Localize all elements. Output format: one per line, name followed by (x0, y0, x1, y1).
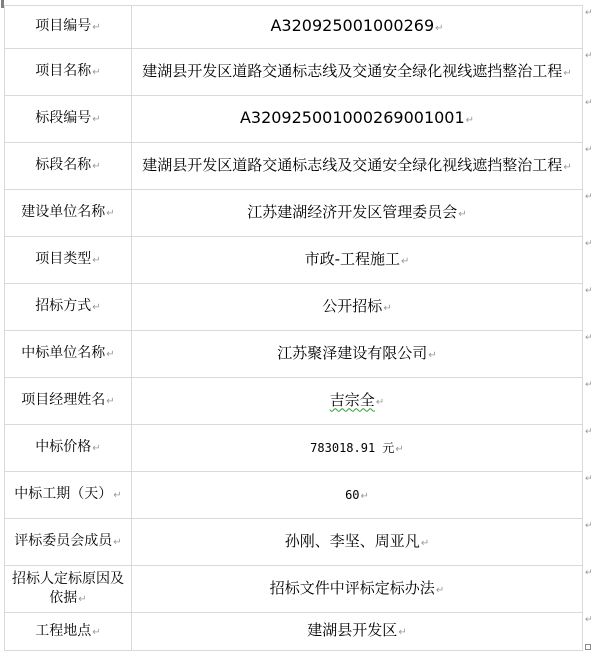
field-label: 招标人定标原因及依据 (12, 571, 124, 606)
field-label: 项目名称 (35, 63, 91, 79)
return-mark-icon: ↵ (92, 63, 100, 82)
table-row: 评标委员会成员↵孙刚、李坚、周亚凡↵ (5, 519, 583, 566)
field-label: 建设单位名称 (21, 204, 105, 220)
return-mark-icon: ↵ (421, 534, 429, 554)
field-label: 标段编号 (35, 110, 91, 126)
field-value: 招标文件中评标定标办法 (270, 579, 435, 597)
field-label-cell: 建设单位名称↵ (5, 190, 132, 237)
field-value-cell: 60↵ (132, 472, 583, 519)
return-mark-icon: ↵ (92, 439, 100, 458)
return-mark-icon: ↵ (563, 64, 571, 84)
end-of-row-mark-icon: ↵ (585, 99, 593, 108)
field-label-cell: 项目编号↵ (5, 6, 132, 49)
table-row: 招标方式↵公开招标↵ (5, 284, 583, 331)
field-label: 评标委员会成员 (14, 533, 112, 549)
table-row: 中标工期（天）↵60↵ (5, 472, 583, 519)
return-mark-icon: ↵ (458, 205, 466, 225)
field-value: 市政-工程施工 (305, 250, 400, 268)
field-label-cell: 评标委员会成员↵ (5, 519, 132, 566)
field-value-cell: 建湖县开发区道路交通标志线及交通安全绿化视线遮挡整治工程↵ (132, 49, 583, 96)
end-of-row-mark-icon: ↵ (585, 522, 593, 531)
field-value: A320925001000269 (270, 16, 434, 35)
field-label: 工程地点 (35, 623, 91, 639)
return-mark-icon: ↵ (428, 346, 436, 366)
field-label: 招标方式 (35, 298, 91, 314)
field-label-cell: 项目类型↵ (5, 237, 132, 284)
table-row: 招标人定标原因及依据↵招标文件中评标定标办法↵ (5, 566, 583, 613)
field-value-cell: 建湖县开发区道路交通标志线及交通安全绿化视线遮挡整治工程↵ (132, 143, 583, 190)
field-label: 中标工期（天） (14, 486, 112, 502)
return-mark-icon: ↵ (92, 251, 100, 270)
bid-info-table: 项目编号↵A320925001000269↵项目名称↵建湖县开发区道路交通标志线… (4, 5, 583, 651)
field-value-cell: 江苏建湖经济开发区管理委员会↵ (132, 190, 583, 237)
return-mark-icon: ↵ (401, 252, 409, 272)
field-value: 吉宗全 (330, 391, 375, 409)
field-value-cell: 市政-工程施工↵ (132, 237, 583, 284)
table-row: 标段名称↵建湖县开发区道路交通标志线及交通安全绿化视线遮挡整治工程↵ (5, 143, 583, 190)
end-of-row-mark-icon: ↵ (585, 9, 593, 18)
field-value-cell: 吉宗全↵ (132, 378, 583, 425)
return-mark-icon: ↵ (398, 623, 406, 643)
field-label-cell: 工程地点↵ (5, 613, 132, 651)
field-label-cell: 中标单位名称↵ (5, 331, 132, 378)
end-of-row-mark-icon: ↵ (585, 381, 593, 390)
return-mark-icon: ↵ (113, 486, 121, 505)
table-resize-handle[interactable] (585, 644, 591, 650)
return-mark-icon: ↵ (106, 204, 114, 223)
document-page: 项目编号↵A320925001000269↵项目名称↵建湖县开发区道路交通标志线… (0, 0, 596, 653)
field-label: 中标单位名称 (21, 345, 105, 361)
end-of-row-mark-icon: ↵ (585, 475, 593, 484)
field-value: 783018.91 元 (310, 441, 394, 455)
end-of-row-mark-icon: ↵ (585, 287, 593, 296)
field-label: 项目经理姓名 (21, 392, 105, 408)
field-value-cell: 江苏聚泽建设有限公司↵ (132, 331, 583, 378)
table-row: 项目类型↵市政-工程施工↵ (5, 237, 583, 284)
field-value-cell: 孙刚、李坚、周亚凡↵ (132, 519, 583, 566)
field-value: 公开招标 (322, 297, 382, 315)
field-label-cell: 中标工期（天）↵ (5, 472, 132, 519)
field-label: 项目编号 (35, 18, 91, 34)
return-mark-icon: ↵ (435, 19, 443, 39)
return-mark-icon: ↵ (466, 111, 474, 131)
field-value: 建湖县开发区 (307, 621, 397, 639)
return-mark-icon: ↵ (113, 533, 121, 552)
return-mark-icon: ↵ (106, 345, 114, 364)
end-of-row-mark-icon: ↵ (585, 428, 593, 437)
return-mark-icon: ↵ (92, 157, 100, 176)
field-value-cell: 公开招标↵ (132, 284, 583, 331)
return-mark-icon: ↵ (563, 158, 571, 178)
field-value: 江苏聚泽建设有限公司 (277, 344, 427, 362)
field-value-cell: A320925001000269↵ (132, 6, 583, 49)
field-value: 江苏建湖经济开发区管理委员会 (247, 203, 457, 221)
field-label: 项目类型 (35, 251, 91, 267)
return-mark-icon: ↵ (361, 487, 369, 507)
end-of-row-mark-icon: ↵ (585, 240, 593, 249)
field-value-cell: 招标文件中评标定标办法↵ (132, 566, 583, 613)
end-of-row-mark-icon: ↵ (585, 193, 593, 202)
return-mark-icon: ↵ (383, 299, 391, 319)
end-of-row-mark-icon: ↵ (585, 334, 593, 343)
end-of-row-mark-icon: ↵ (585, 146, 593, 155)
end-of-row-mark-icon: ↵ (585, 569, 593, 578)
table-row: 中标单位名称↵江苏聚泽建设有限公司↵ (5, 331, 583, 378)
field-label-cell: 标段名称↵ (5, 143, 132, 190)
table-row: 项目名称↵建湖县开发区道路交通标志线及交通安全绿化视线遮挡整治工程↵ (5, 49, 583, 96)
table-row: 中标价格↵783018.91 元↵ (5, 425, 583, 472)
return-mark-icon: ↵ (92, 623, 100, 642)
field-value: A320925001000269001001 (240, 108, 465, 127)
return-mark-icon: ↵ (92, 110, 100, 129)
table-body: 项目编号↵A320925001000269↵项目名称↵建湖县开发区道路交通标志线… (5, 6, 583, 651)
return-mark-icon: ↵ (92, 18, 100, 37)
table-row: 工程地点↵建湖县开发区↵ (5, 613, 583, 651)
field-label-cell: 中标价格↵ (5, 425, 132, 472)
end-of-row-mark-icon: ↵ (585, 616, 593, 625)
field-value: 孙刚、李坚、周亚凡 (285, 532, 420, 550)
return-mark-icon: ↵ (92, 298, 100, 317)
table-row: 标段编号↵A320925001000269001001↵ (5, 96, 583, 143)
field-value-cell: 建湖县开发区↵ (132, 613, 583, 651)
field-label: 中标价格 (35, 439, 91, 455)
return-mark-icon: ↵ (106, 392, 114, 411)
end-of-row-mark-icon: ↵ (585, 52, 593, 61)
table-row: 项目经理姓名↵吉宗全↵ (5, 378, 583, 425)
return-mark-icon: ↵ (436, 581, 444, 601)
field-value-cell: A320925001000269001001↵ (132, 96, 583, 143)
field-label-cell: 招标方式↵ (5, 284, 132, 331)
field-label-cell: 项目名称↵ (5, 49, 132, 96)
return-mark-icon: ↵ (376, 393, 384, 413)
field-label-cell: 招标人定标原因及依据↵ (5, 566, 132, 613)
table-row: 项目编号↵A320925001000269↵ (5, 6, 583, 49)
field-value: 建湖县开发区道路交通标志线及交通安全绿化视线遮挡整治工程 (142, 156, 562, 174)
return-mark-icon: ↵ (395, 440, 403, 460)
table-row: 建设单位名称↵江苏建湖经济开发区管理委员会↵ (5, 190, 583, 237)
field-label: 标段名称 (35, 157, 91, 173)
return-mark-icon: ↵ (78, 590, 86, 609)
field-value: 建湖县开发区道路交通标志线及交通安全绿化视线遮挡整治工程 (142, 62, 562, 80)
field-label-cell: 标段编号↵ (5, 96, 132, 143)
field-value: 60 (345, 488, 359, 502)
field-value-cell: 783018.91 元↵ (132, 425, 583, 472)
field-label-cell: 项目经理姓名↵ (5, 378, 132, 425)
